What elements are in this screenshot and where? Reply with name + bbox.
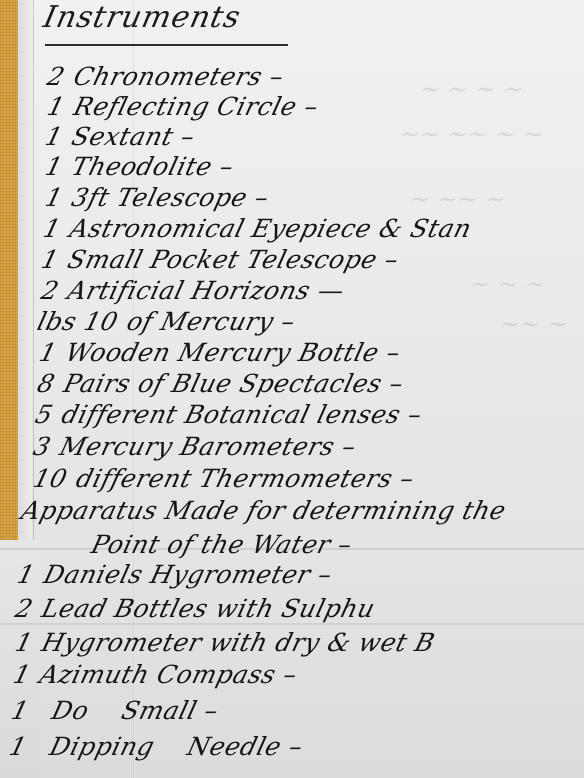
list-item: 8Pairs of Blue Spectacles – xyxy=(34,369,406,398)
list-item: 2Artificial Horizons — xyxy=(38,276,347,305)
item-name: different Botanical lenses – xyxy=(59,400,425,429)
item-name: Astronomical Eyepiece & Stan xyxy=(67,214,475,243)
item-name: 3ft Telescope – xyxy=(69,183,272,212)
item-name: Pairs of Blue Spectacles – xyxy=(61,369,407,398)
item-name: Theodolite – xyxy=(69,152,237,181)
item-name: Do Small – xyxy=(49,696,222,725)
item-name: Hygrometer with dry & wet B xyxy=(39,628,438,657)
list-item: 10different Thermometers – xyxy=(30,464,417,493)
item-name: of Mercury – xyxy=(124,307,298,336)
list-item: lbs 10of Mercury – xyxy=(34,307,298,336)
list-item: 1Hygrometer with dry & wet B xyxy=(12,628,438,657)
list-item: 1Theodolite – xyxy=(42,152,237,181)
horizontal-fold-crease xyxy=(0,623,584,625)
list-item: 1Azimuth Compass – xyxy=(10,660,300,689)
list-item: 1Small Pocket Telescope – xyxy=(38,245,402,274)
item-name: Artificial Horizons — xyxy=(65,276,348,305)
list-item: 1Wooden Mercury Bottle – xyxy=(36,338,403,367)
item-quantity: 10 xyxy=(30,464,70,493)
item-name: Wooden Mercury Bottle – xyxy=(63,338,404,367)
list-item: 1Do Small – xyxy=(8,696,221,725)
item-name: Daniels Hygrometer – xyxy=(41,560,336,589)
list-item: 1Astronomical Eyepiece & Stan xyxy=(40,214,474,243)
item-name: Small Pocket Telescope – xyxy=(65,245,402,274)
list-item: 5different Botanical lenses – xyxy=(32,400,425,429)
cloth-binding xyxy=(0,0,18,540)
list-item-continuation: Point of the Water – xyxy=(88,530,355,559)
list-item: 2Lead Bottles with Sulphu xyxy=(12,594,378,623)
heading-underline xyxy=(45,44,288,46)
item-name: Sextant – xyxy=(69,122,198,151)
list-item: 1Sextant – xyxy=(42,122,198,151)
list-item: 1Dipping Needle – xyxy=(6,732,306,761)
list-item: 3Mercury Barometers – xyxy=(30,432,359,461)
list-item: Apparatus Made for determining the xyxy=(18,496,509,525)
item-name: Chronometers – xyxy=(71,62,287,91)
item-name: Point of the Water – xyxy=(88,530,355,559)
item-quantity: lbs 10 xyxy=(34,307,121,336)
item-name: Mercury Barometers – xyxy=(57,432,360,461)
list-item: 1Reflecting Circle – xyxy=(44,92,321,121)
list-item: 1Daniels Hygrometer – xyxy=(14,560,335,589)
list-item: 2Chronometers – xyxy=(44,62,287,91)
item-name: Apparatus Made for determining the xyxy=(18,496,509,525)
item-name: different Thermometers – xyxy=(73,464,417,493)
list-item: 13ft Telescope – xyxy=(42,183,272,212)
item-name: Lead Bottles with Sulphu xyxy=(39,594,378,623)
item-name: Reflecting Circle – xyxy=(71,92,322,121)
item-name: Dipping Needle – xyxy=(47,732,306,761)
item-name: Azimuth Compass – xyxy=(37,660,301,689)
document-heading: Instruments xyxy=(40,0,244,35)
